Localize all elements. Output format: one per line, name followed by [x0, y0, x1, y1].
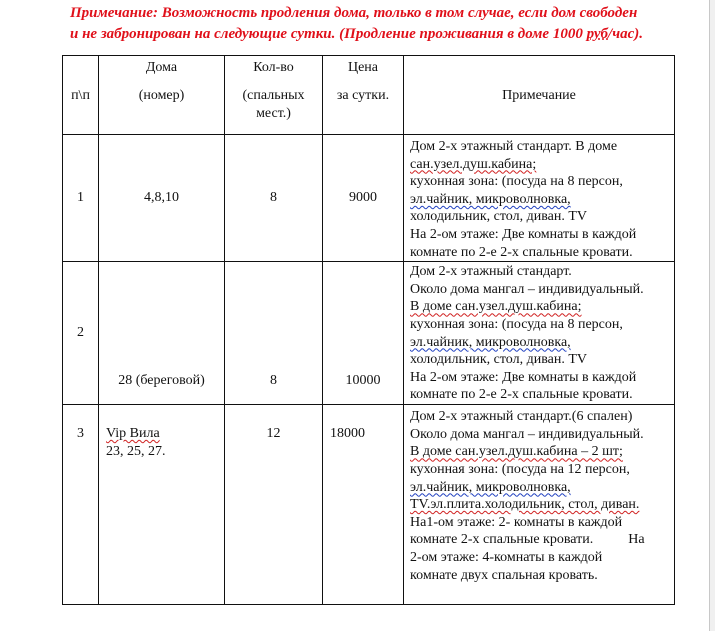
desc-line: Около дома мангал – индивидуальный.	[410, 281, 670, 299]
desc-line: кухонная зона: (посуда на 8 персон,	[410, 316, 670, 334]
row-description: Дом 2-х этажный стандарт. В доме сан.узе…	[404, 135, 675, 262]
extension-note: Примечание: Возможность продления дома, …	[70, 3, 690, 45]
desc-line: В доме сан.узел.душ.кабина;	[410, 298, 670, 316]
desc-line: комнате по 2-е 2-х спальные кровати.	[410, 244, 670, 262]
table-header-row: п\п Дома(номер) Кол-во(спальных мест.) Ц…	[63, 56, 675, 135]
row-house: 28 (береговой)	[99, 262, 225, 405]
table-row: 2 28 (береговой) 8 10000 Дом 2-х этажный…	[63, 262, 675, 405]
row-house-line-2: 23, 25, 27.	[106, 444, 166, 459]
row-num: 3	[63, 405, 99, 605]
desc-line: На 2-ом этаже: Две комнаты в каждой	[410, 226, 670, 244]
row-num: 2	[63, 262, 99, 405]
desc-line: 2-ом этаже: 4-комнаты в каждой	[410, 549, 670, 567]
row-price: 9000	[323, 135, 404, 262]
desc-line: эл.чайник, микроволновка,	[410, 191, 670, 209]
header-note: Примечание	[404, 56, 675, 135]
desc-line: На1-ом этаже: 2- комнаты в каждой	[410, 514, 670, 532]
desc-line: В доме сан.узел.душ.кабина – 2 шт;	[410, 443, 670, 461]
header-house-label: Дома	[99, 59, 224, 77]
row-beds-label: 8	[270, 373, 277, 388]
desc-line: Дом 2-х этажный стандарт.	[410, 263, 670, 281]
desc-line: комнате двух спальная кровать.	[410, 567, 670, 585]
table-row: 3 Vip Вила 23, 25, 27. 12 18000 Дом 2-х …	[63, 405, 675, 605]
header-beds-sub: (спальных мест.)	[225, 87, 322, 123]
header-house: Дома(номер)	[99, 56, 225, 135]
note-line-2: и не забронирован на следующие сутки. (П…	[70, 24, 690, 45]
header-beds: Кол-во(спальных мест.)	[225, 56, 323, 135]
desc-line: эл.чайник, микроволновка,	[410, 479, 670, 497]
desc-line: комнате по 2-е 2-х спальные кровати.	[410, 386, 670, 404]
row-house-line-1: Vip Вила	[106, 426, 160, 441]
row-price: 10000	[323, 262, 404, 405]
note-line-2-end: /час).	[608, 26, 643, 42]
row-description: Дом 2-х этажный стандарт. Около дома ман…	[404, 262, 675, 405]
note-currency: руб	[587, 26, 608, 42]
desc-line: кухонная зона: (посуда на 8 персон,	[410, 173, 670, 191]
row-num: 1	[63, 135, 99, 262]
note-line-1: Примечание: Возможность продления дома, …	[70, 3, 690, 24]
header-note-label: Примечание	[404, 87, 674, 105]
header-price-sub: за сутки.	[323, 87, 403, 105]
row-beds: 12	[225, 405, 323, 605]
row-price: 18000	[323, 405, 404, 605]
row-beds: 8	[225, 262, 323, 405]
desc-line: сан.узел.душ.кабина;	[410, 156, 670, 174]
desc-line: холодильник, стол, диван. TV	[410, 208, 670, 226]
row-price-label: 10000	[346, 373, 381, 388]
row-description: Дом 2-х этажный стандарт.(6 спален) Окол…	[404, 405, 675, 605]
desc-line: Около дома мангал – индивидуальный.	[410, 426, 670, 444]
houses-table: п\п Дома(номер) Кол-во(спальных мест.) Ц…	[62, 55, 675, 605]
desc-line: Дом 2-х этажный стандарт. В доме	[410, 138, 670, 156]
desc-line: холодильник, стол, диван. TV	[410, 351, 670, 369]
row-house-label: 28 (береговой)	[118, 373, 205, 388]
note-line-2-text: и не забронирован на следующие сутки. (П…	[70, 26, 587, 42]
header-num: п\п	[63, 56, 99, 135]
desc-line: эл.чайник, микроволновка,	[410, 334, 670, 352]
header-num-label: п\п	[63, 87, 98, 105]
row-house: Vip Вила 23, 25, 27.	[99, 405, 225, 605]
header-price-label: Цена	[323, 59, 403, 77]
header-beds-label: Кол-во	[225, 59, 322, 77]
row-house: 4,8,10	[99, 135, 225, 262]
header-price: Ценаза сутки.	[323, 56, 404, 135]
desc-line: На 2-ом этаже: Две комнаты в каждой	[410, 369, 670, 387]
desc-line: комнате 2-х спальные кровати. На	[410, 531, 670, 549]
desc-line: кухонная зона: (посуда на 12 персон,	[410, 461, 670, 479]
desc-line: TV.эл.плита.холодильник, стол, диван.	[410, 496, 670, 514]
header-house-sub: (номер)	[99, 87, 224, 105]
table-row: 1 4,8,10 8 9000 Дом 2-х этажный стандарт…	[63, 135, 675, 262]
desc-line: Дом 2-х этажный стандарт.(6 спален)	[410, 408, 670, 426]
scrollbar-track[interactable]	[710, 0, 715, 631]
row-beds: 8	[225, 135, 323, 262]
